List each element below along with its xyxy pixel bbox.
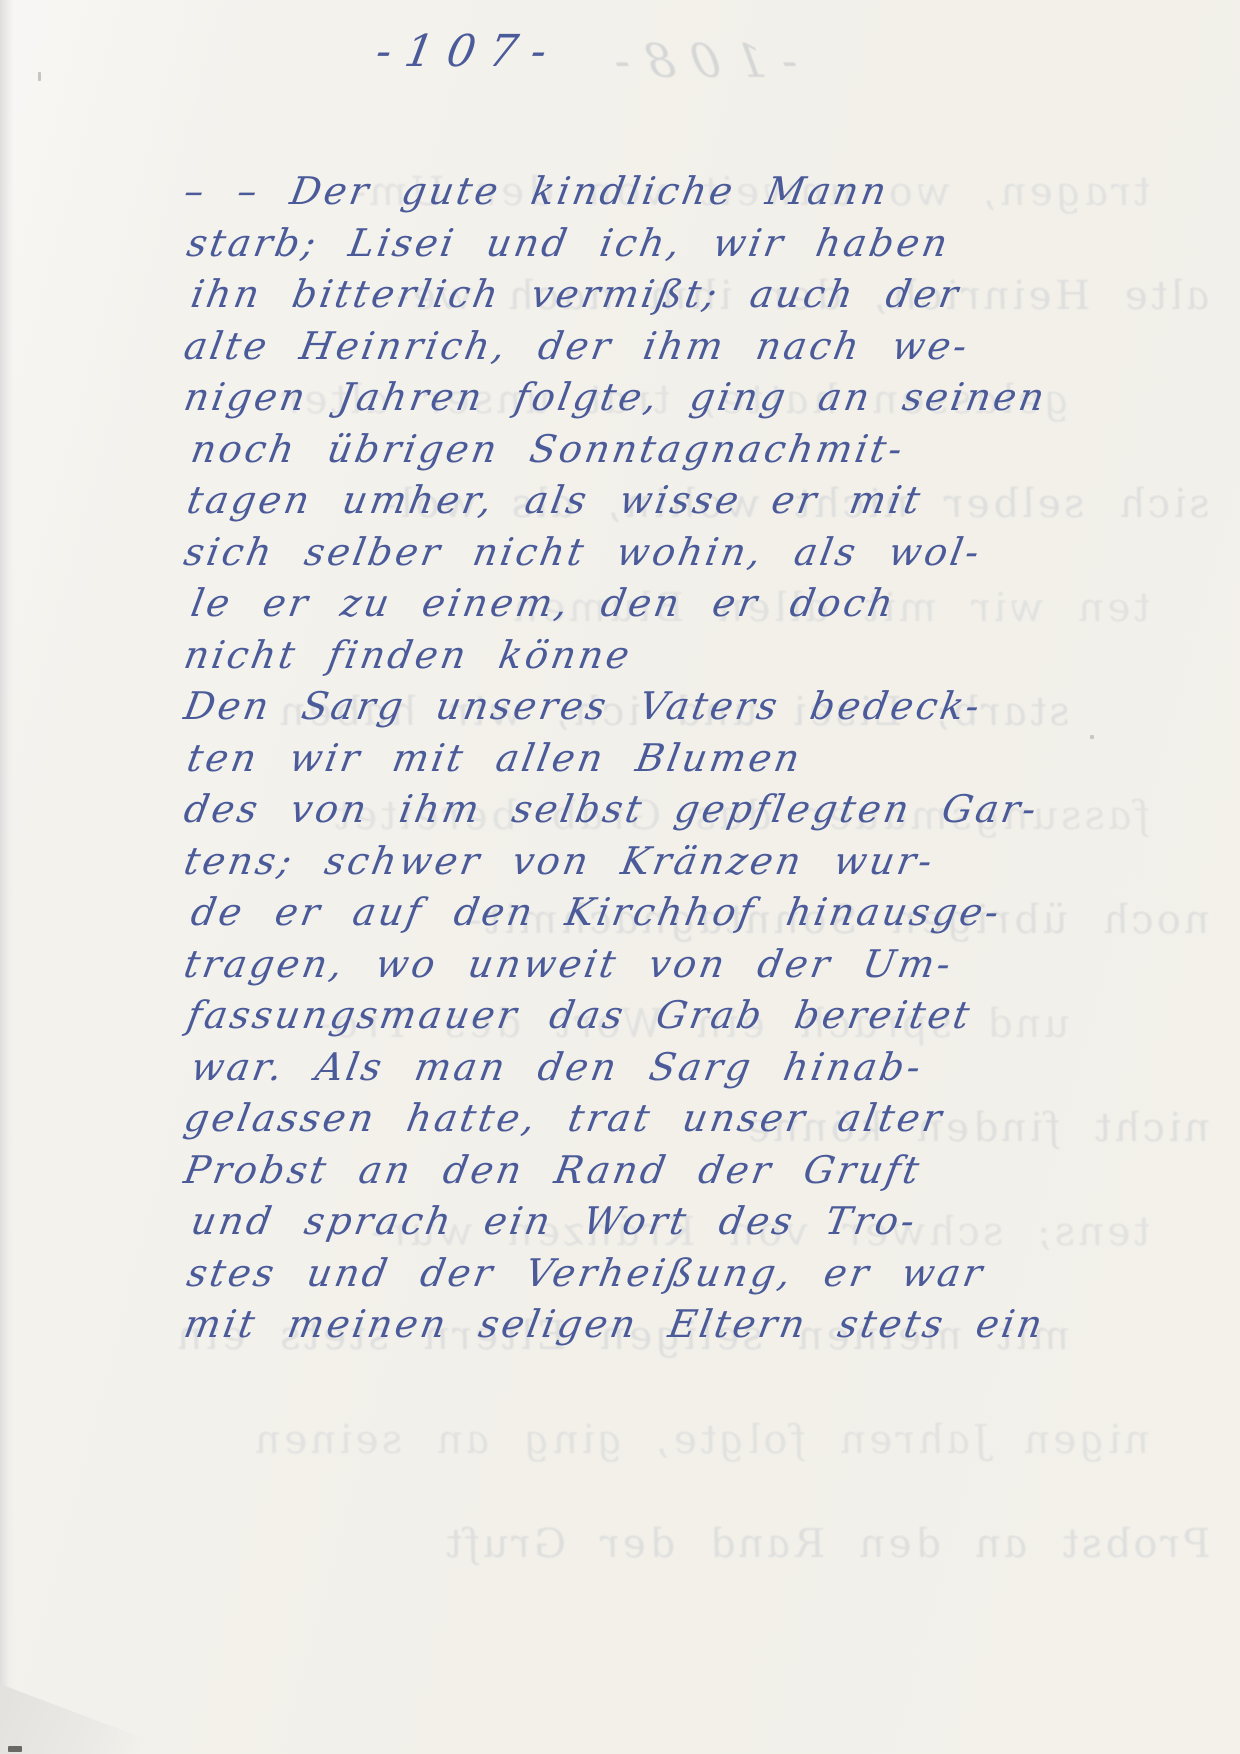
manuscript-line: tens; schwer von Kränzen wur-: [180, 836, 1209, 888]
manuscript-line: Den Sarg unseres Vaters bedeck-: [180, 681, 1209, 733]
scan-speck: [38, 72, 41, 81]
manuscript-line: war. Als man den Sarg hinab-: [187, 1042, 1209, 1094]
manuscript-line: tragen, wo unweit von der Um-: [180, 939, 1209, 991]
manuscript-line: fassungsmauer das Grab bereitet: [183, 990, 1209, 1042]
manuscript-line: des von ihm selbst gepflegten Gar-: [180, 784, 1209, 836]
scanner-edge-shadow: [0, 0, 14, 1754]
manuscript-line: Probst an den Rand der Gruft: [180, 1145, 1209, 1197]
manuscript-text: – – Der gute kindliche Mann starb; Lisei…: [180, 166, 1200, 1351]
page-number: -107-: [372, 26, 565, 77]
manuscript-line: tagen umher, als wisse er mit: [183, 475, 1209, 527]
manuscript-line: nigen Jahren folgte, ging an seinen: [180, 372, 1209, 424]
manuscript-line: nicht finden könne: [180, 630, 1209, 682]
scanned-manuscript-page: tragen, wo unweit von der Um- alte Heinr…: [0, 0, 1240, 1754]
scan-speck: [8, 1746, 22, 1752]
manuscript-line: de er auf den Kirchhof hinausge-: [187, 887, 1209, 939]
manuscript-line: alte Heinrich, der ihm nach we-: [180, 321, 1209, 373]
manuscript-line: gelassen hatte, trat unser alter: [180, 1093, 1209, 1145]
manuscript-line: und sprach ein Wort des Tro-: [187, 1196, 1209, 1248]
manuscript-line: ten wir mit allen Blumen: [183, 733, 1209, 785]
page-corner-fold: [0, 1684, 185, 1754]
manuscript-line: starb; Lisei und ich, wir haben: [183, 218, 1209, 270]
manuscript-line: sich selber nicht wohin, als wol-: [180, 527, 1209, 579]
manuscript-line: le er zu einem, den er doch: [187, 578, 1209, 630]
bleed-through-line: nigen Jahren folgte, ging an seinen: [31, 1388, 1159, 1492]
manuscript-line: – – Der gute kindliche Mann: [180, 166, 1209, 218]
bleed-through-page-number: -108-: [593, 34, 801, 88]
manuscript-line: ihn bitterlich vermißt; auch der: [187, 269, 1209, 321]
manuscript-line: noch übrigen Sonntagnachmit-: [187, 424, 1209, 476]
manuscript-line: stes und der Verheißung, er war: [183, 1248, 1209, 1300]
manuscript-line: mit meinen seligen Eltern stets ein: [180, 1299, 1209, 1351]
bleed-through-line: Probst an den Rand der Gruft: [31, 1492, 1219, 1596]
